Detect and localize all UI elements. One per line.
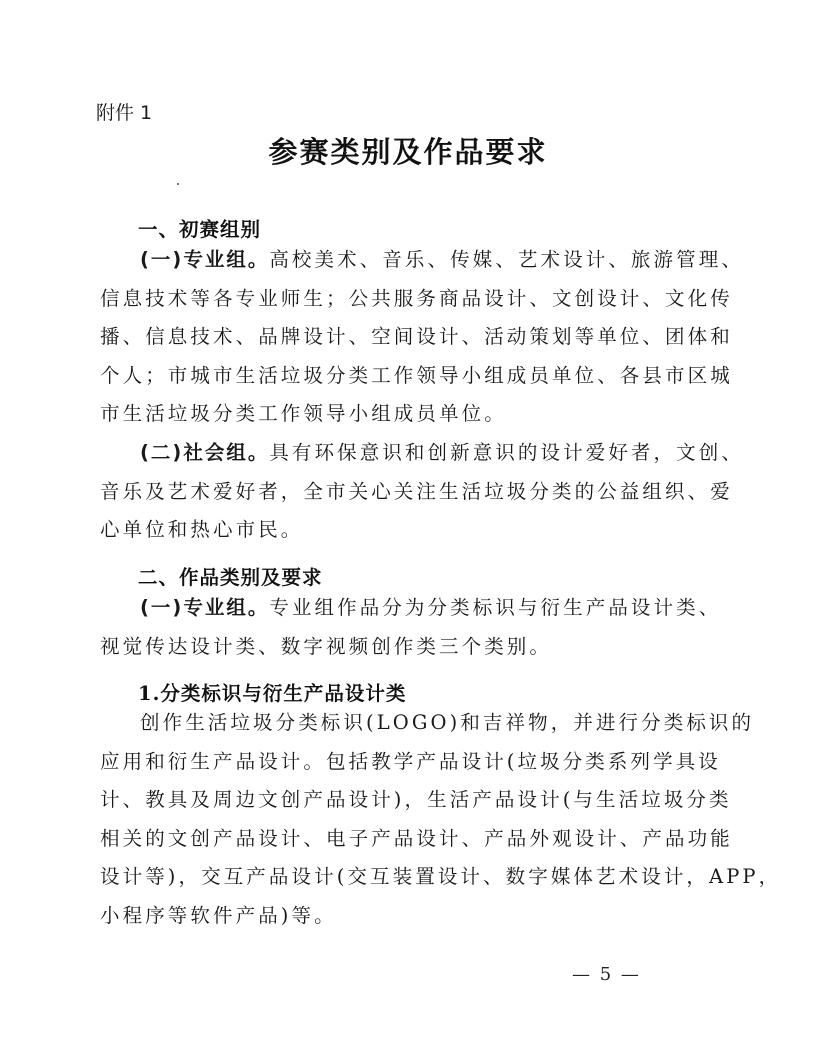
page-number: — 5 — (572, 964, 641, 985)
paragraph-line: 相关的文创产品设计、电子产品设计、产品外观设计、产品功能 (100, 820, 690, 859)
paragraph-line: 视觉传达设计类、数字视频创作类三个类别。 (100, 628, 690, 667)
paragraph-professional-works: (一)专业组。专业组作品分为分类标识与衍生产品设计类、 视觉传达设计类、数字视频… (100, 589, 690, 666)
scan-speck (177, 183, 179, 185)
paragraph-line: 心单位和热心市民。 (100, 511, 690, 550)
paragraph-lead: (一)专业组。 (140, 248, 269, 271)
paragraph-lead: (二)社会组。 (140, 441, 269, 464)
paragraph-line: 小程序等软件产品)等。 (100, 897, 690, 936)
paragraph-line: 音乐及艺术爱好者，全市关心关注生活垃圾分类的公益组织、爱 (100, 473, 690, 512)
document-title: 参赛类别及作品要求 (0, 130, 816, 171)
paragraph-line: (一)专业组。专业组作品分为分类标识与衍生产品设计类、 (100, 589, 690, 628)
paragraph-line: 创作生活垃圾分类标识(LOGO)和吉祥物，并进行分类标识的 (100, 704, 690, 743)
paragraph-line: 信息技术等各专业师生；公共服务商品设计、文创设计、文化传 (100, 280, 690, 319)
paragraph-line: (二)社会组。具有环保意识和创新意识的设计爱好者，文创、 (100, 434, 690, 473)
paragraph-line: 设计等)，交互产品设计(交互装置设计、数字媒体艺术设计，APP， (100, 858, 690, 897)
paragraph-line: (一)专业组。高校美术、音乐、传媒、艺术设计、旅游管理、 (100, 241, 690, 280)
paragraph-social-group: (二)社会组。具有环保意识和创新意识的设计爱好者，文创、 音乐及艺术爱好者，全市… (100, 434, 690, 550)
paragraph-line: 播、信息技术、品牌设计、空间设计、活动策划等单位、团体和 (100, 318, 690, 357)
paragraph-line: 计、教具及周边文创产品设计)，生活产品设计(与生活垃圾分类 (100, 781, 690, 820)
annex-label: 附件 1 (96, 98, 152, 125)
paragraph-line: 市生活垃圾分类工作领导小组成员单位。 (100, 395, 690, 434)
paragraph-line: 应用和衍生产品设计。包括教学产品设计(垃圾分类系列学具设 (100, 743, 690, 782)
subsection-heading-1: 1.分类标识与衍生产品设计类 (138, 678, 406, 706)
section-heading-2: 二、作品类别及要求 (138, 562, 323, 590)
paragraph-lead: (一)专业组。 (140, 596, 269, 619)
paragraph-line: 个人；市城市生活垃圾分类工作领导小组成员单位、各县市区城 (100, 357, 690, 396)
section-heading-1: 一、初赛组别 (138, 214, 261, 242)
paragraph-professional-group: (一)专业组。高校美术、音乐、传媒、艺术设计、旅游管理、 信息技术等各专业师生；… (100, 241, 690, 434)
paragraph-logo-derivatives: 创作生活垃圾分类标识(LOGO)和吉祥物，并进行分类标识的 应用和衍生产品设计。… (100, 704, 690, 935)
document-page: 附件 1 参赛类别及作品要求 一、初赛组别 (一)专业组。高校美术、音乐、传媒、… (0, 0, 816, 1056)
